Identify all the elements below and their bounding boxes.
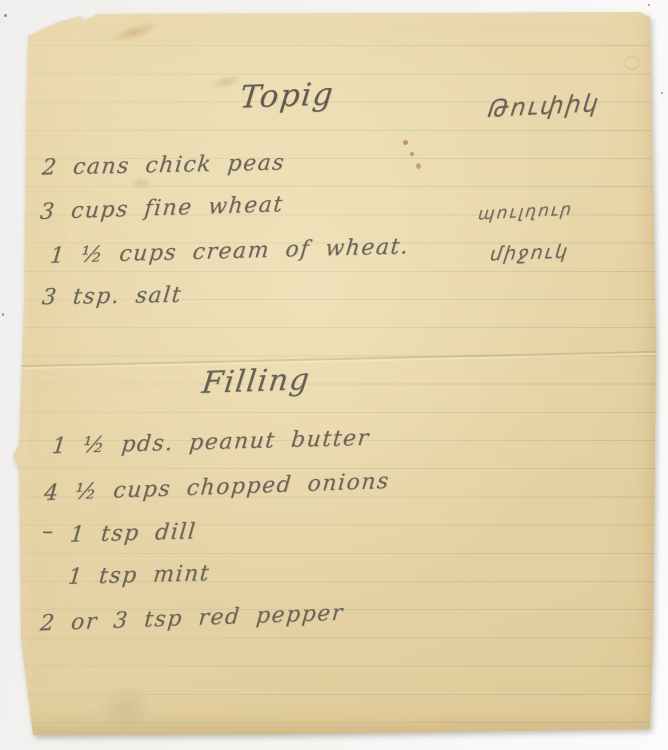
stray-dash-mark: –	[42, 519, 55, 544]
ingredient-line: 2 cans chick peas	[41, 150, 287, 180]
margin-note-armenian: միջուկ	[489, 241, 571, 266]
dust-speck	[661, 92, 663, 94]
dust-speck	[648, 4, 650, 6]
recipe-card: Topig Թուփիկ 2 cans chick peas 3 cups fi…	[12, 6, 662, 738]
ingredient-line: 3 tsp. salt	[41, 283, 184, 310]
dust-speck	[4, 14, 7, 17]
filling-heading: Filling	[200, 362, 312, 401]
filling-line: 1 tsp mint	[67, 561, 211, 590]
recipe-title: Topig	[238, 76, 336, 115]
filling-line: 1 tsp dill	[69, 519, 198, 547]
scanner-background: Topig Թուփիկ 2 cans chick peas 3 cups fi…	[0, 0, 668, 750]
dust-speck	[2, 313, 4, 316]
paper-sheet: Topig Թուփիկ 2 cans chick peas 3 cups fi…	[12, 6, 662, 738]
